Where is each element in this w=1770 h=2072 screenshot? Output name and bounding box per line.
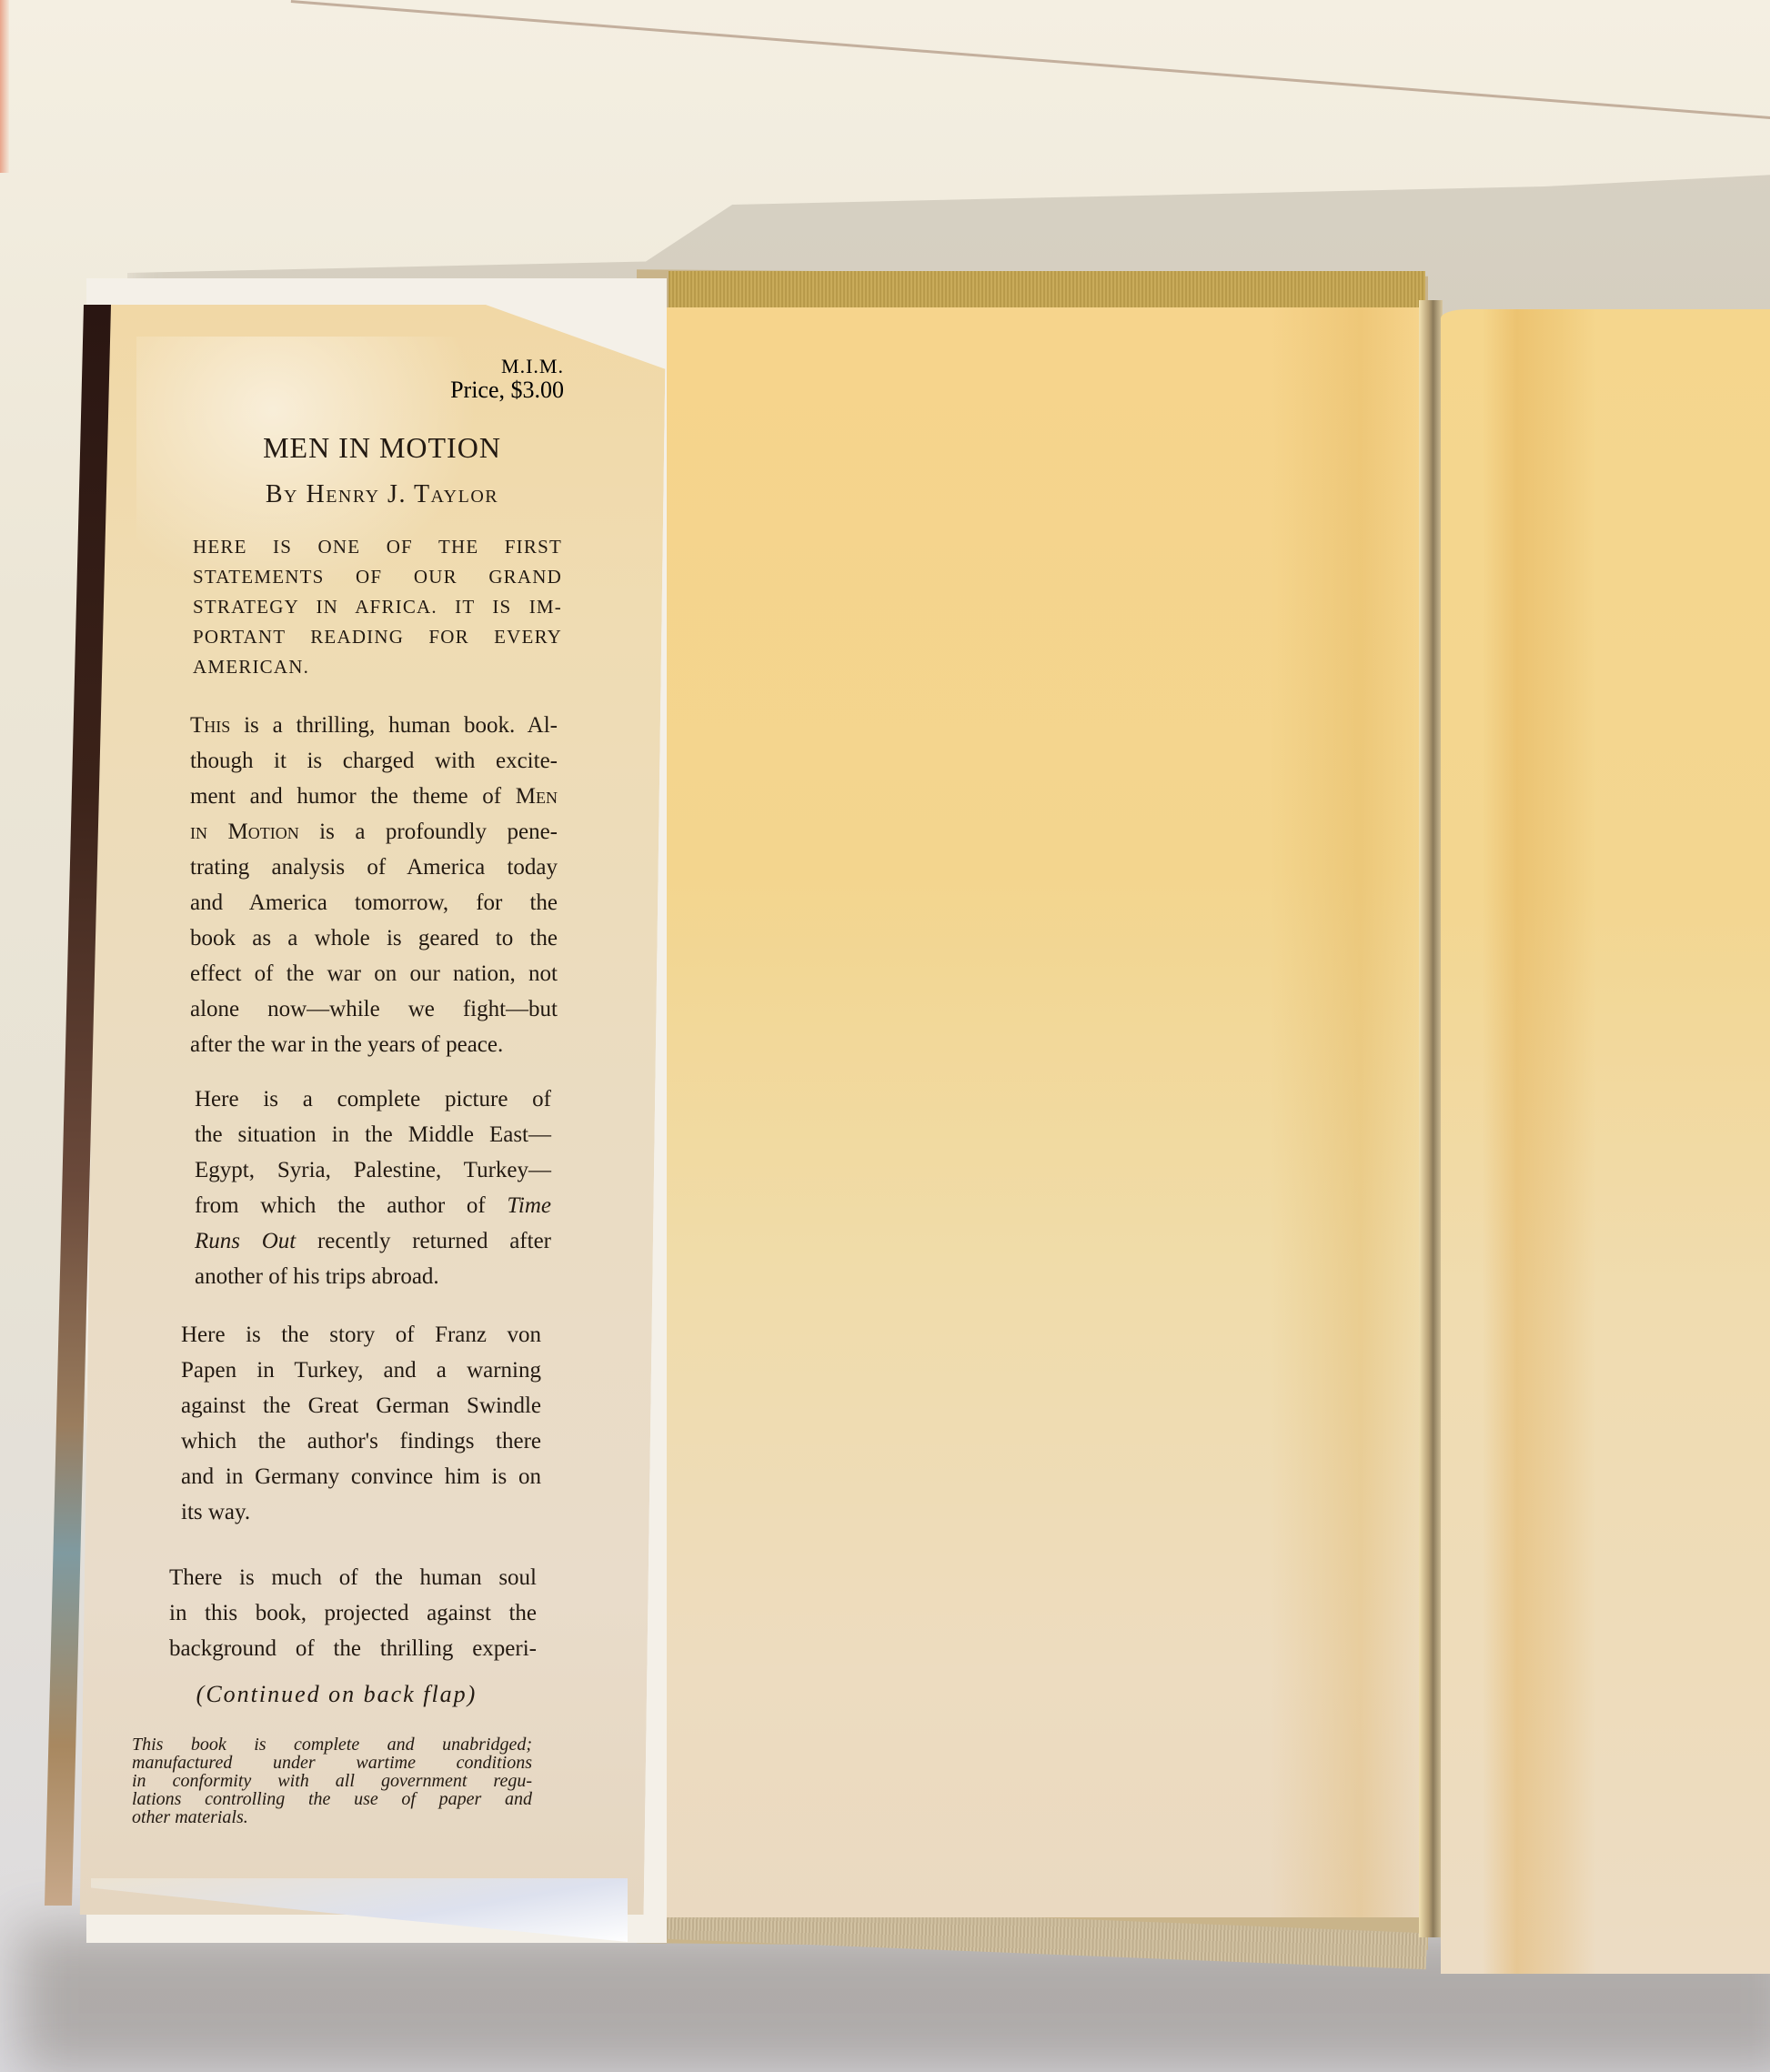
cloth-binding-top-edge	[669, 271, 1425, 312]
blurb-paragraph-4: Here is the story of Franz von Papen in …	[148, 1317, 541, 1530]
front-pastedown-endpaper	[666, 307, 1421, 1917]
book-title: MEN IN MOTION	[182, 431, 582, 465]
blurb-paragraph-3: Here is a complete picture of the situat…	[162, 1081, 551, 1294]
photo-scene: M.I.M. Price, $3.00 MEN IN MOTION By Hen…	[0, 0, 1770, 2072]
wartime-notice: This book is complete and unabridged; ma…	[132, 1735, 532, 1826]
free-endpaper	[1441, 309, 1770, 1974]
publisher-code: M.I.M.	[391, 355, 564, 378]
surface-line	[291, 0, 1770, 124]
price-label: Price, $3.00	[382, 377, 564, 404]
book-gutter	[1419, 300, 1443, 1937]
blurb-paragraph-5: There is much of the human soul in this …	[136, 1560, 537, 1666]
continued-note: (Continued on back flap)	[136, 1681, 537, 1708]
blurb-paragraph-1: HERE IS ONE OF THE FIRST STATEMENTS OF O…	[191, 532, 562, 682]
blurb-paragraph-2: This is a thrilling, human book. Al- tho…	[177, 708, 558, 1062]
author-byline: By Henry J. Taylor	[182, 480, 582, 509]
background-edge	[0, 0, 9, 173]
